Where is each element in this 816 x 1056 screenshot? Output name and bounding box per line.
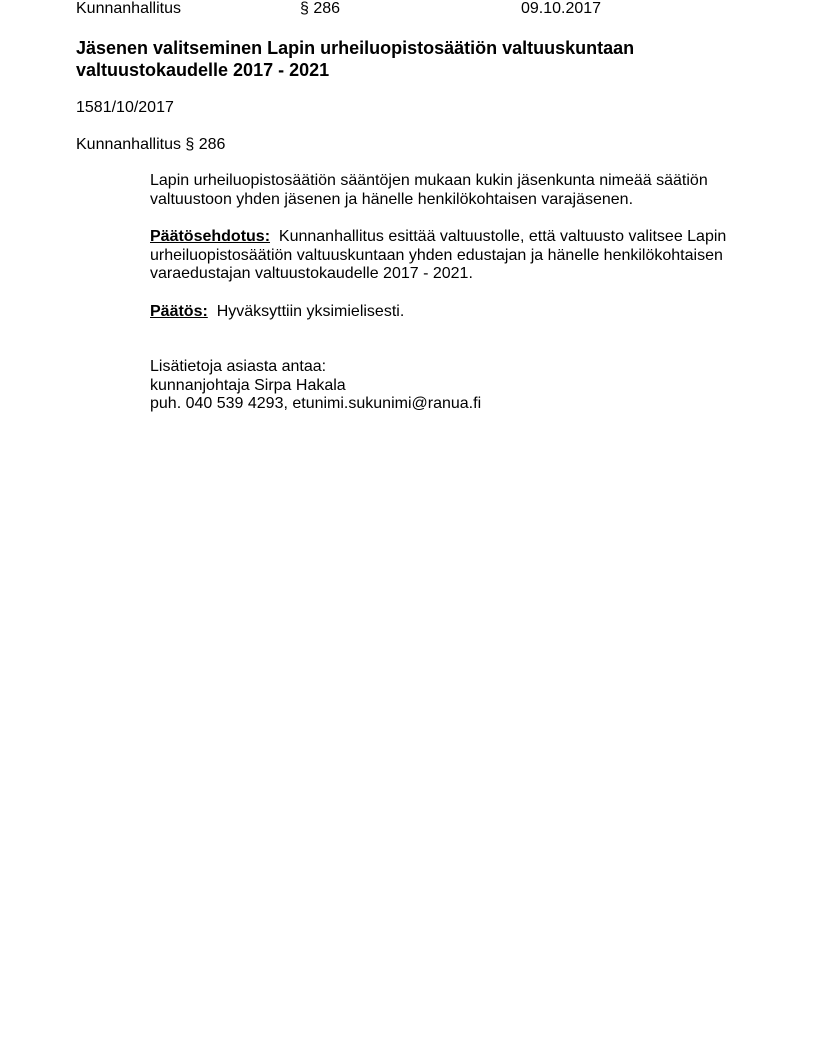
- header-body: Kunnanhallitus: [76, 0, 181, 19]
- header-date: 09.10.2017: [521, 0, 601, 19]
- document-title: Jäsenen valitseminen Lapin urheiluopisto…: [76, 37, 716, 81]
- contact-details: puh. 040 539 4293, etunimi.sukunimi@ranu…: [150, 395, 750, 414]
- document-body: Lapin urheiluopistosäätiön sääntöjen muk…: [150, 172, 750, 414]
- proposal-label: Päätösehdotus:: [150, 228, 270, 245]
- decision-label: Päätös:: [150, 303, 208, 320]
- intro-paragraph: Lapin urheiluopistosäätiön sääntöjen muk…: [150, 172, 750, 209]
- contact-person: kunnanjohtaja Sirpa Hakala: [150, 377, 750, 396]
- decision-text: Hyväksyttiin yksimielisesti.: [217, 303, 405, 320]
- proposal-paragraph: Päätösehdotus: Kunnanhallitus esittää va…: [150, 228, 750, 284]
- contact-heading: Lisätietoja asiasta antaa:: [150, 358, 750, 377]
- page-header: Kunnanhallitus § 286 09.10.2017: [0, 0, 816, 19]
- contact-info: Lisätietoja asiasta antaa: kunnanjohtaja…: [150, 358, 750, 414]
- document-number: 1581/10/2017: [76, 98, 174, 118]
- decision-paragraph: Päätös: Hyväksyttiin yksimielisesti.: [150, 303, 750, 322]
- header-section: § 286: [300, 0, 340, 19]
- section-reference: Kunnanhallitus § 286: [76, 135, 225, 155]
